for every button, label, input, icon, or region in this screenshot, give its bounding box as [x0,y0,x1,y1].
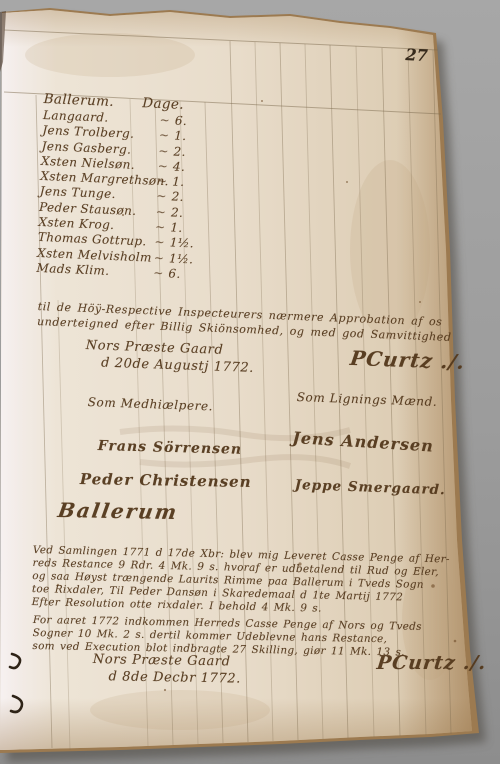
roster-days: 6. [168,266,193,282]
dash-mark: ~ [151,189,172,205]
first-dateline: Nors Præste Gaard d 20de Augustj 1772. [85,338,255,377]
dash-mark: ~ [153,143,174,159]
signature-curtz-2: PCurtz ./. [376,652,488,674]
roster-days: 1. [174,129,199,145]
roster-days: 1. [172,175,197,191]
roster-days: 2. [171,205,196,221]
roster-days: 2. [171,190,196,206]
dash-mark: ~ [152,174,173,190]
page-number: 27 [405,45,428,65]
dash-mark: ~ [153,159,174,175]
roster-days: 1. [170,220,195,236]
roster-days: 1½. [169,236,194,252]
dash-mark: ~ [154,128,175,144]
signature-ballerum-flourish: Ballerum [56,498,180,524]
second-dateline: Nors Præste Gaard d 8de Decbr 1772. [92,652,241,688]
dash-mark: ~ [155,113,176,129]
cash-note-1771-paragraph: Ved Samlingen 1771 d 17de Xbr: blev mig … [32,544,450,618]
dash-mark: ~ [149,250,170,266]
dash-mark: ~ [149,235,170,251]
dateline-place-2: Nors Præste Gaard [93,652,242,671]
signature-peder-christensen: Peder Christensen [80,470,252,491]
roster-days: 1½. [169,251,194,267]
signature-curtz-1: PCurtz ./. [349,346,467,374]
roster-days: 2. [173,144,198,160]
dateline-date-2: d 8de Decbr 1772. [92,668,241,687]
roster-days: 4. [173,159,198,175]
dash-mark: ~ [148,266,169,282]
roster-block: Ballerum. Dage. Langaard.~6. Jens Trolbe… [36,91,200,283]
archival-photo: 27 Ballerum. Dage. Langaard.~6. Jens Tro… [0,0,500,764]
cash-note-1772-paragraph: For aaret 1772 indkommen Herreds Casse P… [32,614,422,660]
dash-mark: ~ [151,204,172,220]
roster-days-header: Dage. [142,95,184,113]
roster-days: 6. [175,114,200,130]
dash-mark: ~ [150,220,171,236]
